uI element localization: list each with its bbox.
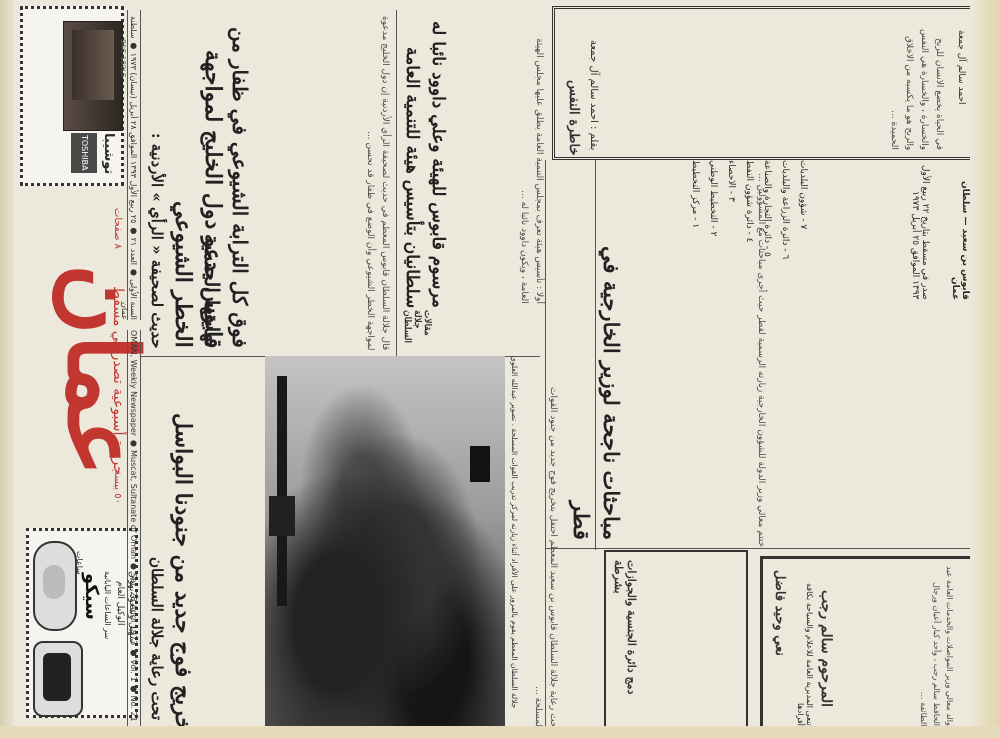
rifle-grip — [269, 496, 295, 536]
column-name: النفس — [566, 80, 581, 115]
masthead-pages: ٨ صفحات — [112, 208, 123, 249]
toshiba-model: BAC-180LE — [119, 39, 127, 78]
column-author: بقلم : احمد سالم آل جمعة — [588, 40, 599, 150]
decree-signature: قابوس بن سعيد — سلطان عمان — [950, 160, 970, 300]
seiko-line2: الوكيل العام — [115, 581, 125, 625]
column-rule — [595, 160, 596, 550]
obituary-title: نعي وحيد فاضل — [772, 570, 787, 720]
english-dateline-text: OMAN, Weekly Newspaper ● Muscat, Sultana… — [129, 330, 138, 722]
authority-body: أولا : تأسيس هيئة تعرف بمجلس التنمية الع… — [456, 14, 546, 304]
seiko-label: ساعات — [75, 551, 84, 575]
dress-watch-illustration — [33, 541, 77, 631]
column-rule — [396, 10, 397, 356]
department-item: ٦ - دائرة الزراعة والبلديات — [780, 160, 790, 259]
divider — [545, 548, 975, 549]
authority-subheadline: مرسوم قابوس للهيئة وعلي داوود نائبا له — [426, 8, 450, 308]
column-title-text: خاطرة — [566, 119, 581, 155]
hat-shape — [470, 446, 490, 482]
column-rule — [545, 160, 546, 730]
masthead-price: ٥٠ بيسة — [112, 470, 123, 504]
department-item: ٤ - دائرة شؤون النفط — [744, 160, 754, 242]
column-title: خاطرة النفس — [566, 80, 581, 156]
rifle-shape — [277, 376, 287, 606]
seiko-ad: سيكو ساعات سر الساعات اليابانية الوكيل ا… — [26, 528, 138, 718]
toshiba-brand-arabic: توشيبا — [101, 133, 116, 174]
obituary-intro: تنعى المديرية العامة للاعلام والسياحة بك… — [796, 566, 814, 726]
page-edge — [0, 0, 14, 738]
sports-watch-illustration — [33, 641, 83, 717]
column-body: في الحياة يخضع الانسان للربح والخسارة ، … — [606, 14, 946, 150]
department-item: ٢ - التخطيط الوطني — [708, 160, 718, 236]
patronage-kicker: تحت رعاية جلالة السلطان — [148, 360, 166, 720]
graduation-headline: تخريج فوج جديد من جنودنا البواسل — [168, 360, 198, 738]
interview-body: قال جلالة السلطان قابوس المعظم في حديث ل… — [232, 14, 392, 350]
obituary-name: المرحوم سالم رجب — [818, 590, 834, 720]
department-item: ٧ - شؤون البلديات — [798, 160, 808, 229]
decree-date: صدر في مسقط بتاريخ ٢٢ ربيع الأول ١٣٩٣ ال… — [910, 160, 930, 300]
seiko-line1: سر الساعات اليابانية — [103, 571, 112, 639]
interview-kicker: حديث لصحيفة « الرأي » الأردنية : — [148, 8, 166, 348]
page-edge — [0, 726, 1000, 738]
obituary-body: والد معالي وزير المواصلات والخدمات العام… — [846, 566, 956, 726]
toshiba-ad: TOSHIBA توشيبا BAC-180LE — [20, 6, 124, 186]
seiko-brand: سيكو — [81, 573, 102, 620]
decree-heading: دمج دائرة الجنسية والجوازات بشرطة — [612, 560, 638, 724]
english-dateline: OMAN, Weekly Newspaper ● Muscat, Sultana… — [127, 330, 141, 730]
department-item: ٣ - الاحصاء — [726, 160, 736, 202]
toshiba-logo: TOSHIBA — [71, 133, 97, 173]
department-item: ١ - مركز التخطيط — [690, 160, 700, 228]
newspaper-page: TOSHIBA توشيبا BAC-180LE سيكو ساعات سر ا… — [0, 0, 1000, 738]
television-illustration — [63, 21, 123, 131]
department-list: ١ - مركز التخطيط ٢ - التخطيط الوطني ٣ - … — [690, 160, 830, 460]
graduation-photo — [265, 356, 505, 736]
speech-section-label: مقالات جلالة السلطان — [402, 310, 432, 356]
photo-story-body: تحت رعاية جلالة السلطان قابوس بن سعيد ال… — [520, 360, 560, 730]
page-edge — [970, 0, 1000, 738]
column-signoff: احمد سالم آل جمعة — [956, 30, 966, 105]
authority-headline: سلطانيان بتأسيس هيئة للتنمية العامة — [400, 8, 424, 308]
arabic-dateline: السنة الأولى ● العدد ٢١ ● ٢٥ ربيع الأول … — [127, 10, 141, 320]
photo-caption: جلالة السلطان المعظم يقوم بالمرور على ال… — [505, 356, 519, 726]
department-item: ٥ - دائرة التجارة والصناعة — [762, 160, 772, 257]
